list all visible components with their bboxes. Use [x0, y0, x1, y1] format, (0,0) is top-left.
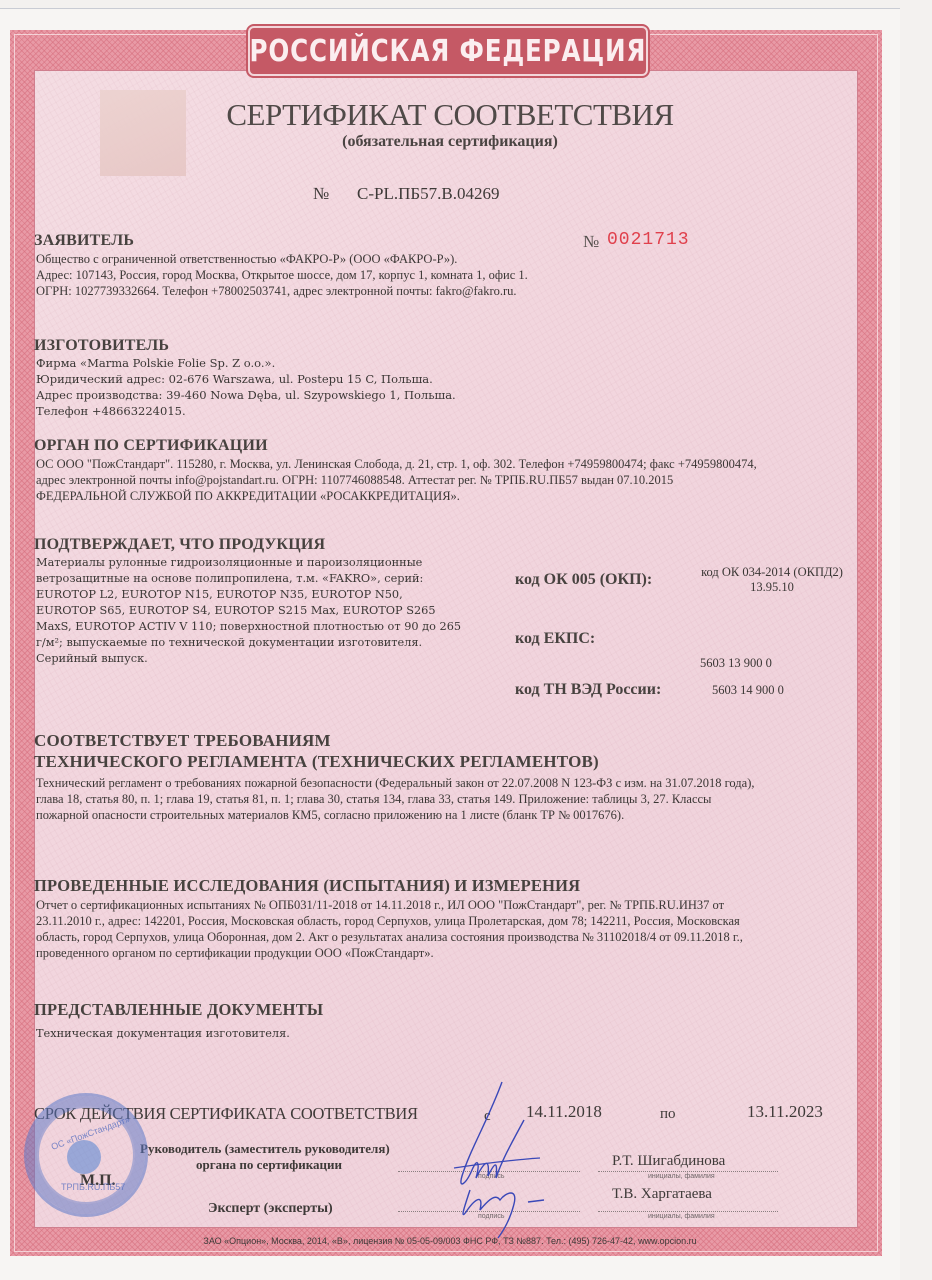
- manufacturer-section: ИЗГОТОВИТЕЛЬ Фирма «Marma Polskie Folie …: [34, 337, 456, 419]
- applicant-line: ОГРН: 1027739332664. Телефон +7800250374…: [36, 283, 528, 299]
- blank-number: 0021713: [607, 230, 690, 250]
- code-ekps-label: код ЕКПС:: [515, 630, 595, 648]
- tests-line: Отчет о сертификационных испытаниях № ОП…: [36, 897, 743, 913]
- manufacturer-line: Адрес производства: 39-460 Nowa Dęba, ul…: [36, 387, 456, 403]
- code-tnved-value: 5603 14 900 0: [712, 683, 784, 698]
- head-name: Р.Т. Шигабдинова: [612, 1153, 725, 1170]
- product-line: Серийный выпуск.: [36, 651, 461, 667]
- code-okp-value-line1: код ОК 034-2014 (ОКПД2): [672, 565, 872, 580]
- number-symbol: №: [313, 184, 329, 204]
- documents-heading: ПРЕДСТАВЛЕННЫЕ ДОКУМЕНТЫ: [34, 1000, 323, 1020]
- blank-number-symbol: №: [583, 232, 599, 252]
- tests-line: 23.11.2010 г., адрес: 142201, Россия, Мо…: [36, 913, 743, 929]
- country-banner-text: РОССИЙСКАЯ ФЕДЕРАЦИЯ: [250, 34, 647, 69]
- tests-line: проведенного органом по сертификации про…: [36, 945, 743, 961]
- product-line: MaxS, EUROTOP ACTIV V 110; поверхностной…: [36, 619, 461, 635]
- expert-name-line: [598, 1211, 778, 1212]
- expert-name-caption: инициалы, фамилия: [648, 1213, 715, 1220]
- product-line: EUROTOP L2, EUROTOP N15, EUROTOP N35, EU…: [36, 587, 461, 603]
- handwritten-signatures: [440, 1080, 570, 1240]
- head-label-line2: органа по сертификации: [196, 1157, 342, 1173]
- documents-text: Техническая документация изготовителя.: [36, 1026, 323, 1042]
- stamp-emblem: [67, 1140, 101, 1174]
- tests-line: область, город Серпухов, улица Оборонная…: [36, 929, 743, 945]
- code-okp-value-line2: 13.95.10: [672, 580, 872, 595]
- head-name-line: [598, 1171, 778, 1172]
- applicant-line: Общество с ограниченной ответственностью…: [36, 251, 528, 267]
- requirements-heading-line2: ТЕХНИЧЕСКОГО РЕГЛАМЕНТА (ТЕХНИЧЕСКИХ РЕГ…: [34, 752, 755, 772]
- tests-heading: ПРОВЕДЕННЫЕ ИССЛЕДОВАНИЯ (ИСПЫТАНИЯ) И И…: [34, 876, 743, 896]
- requirements-section: СООТВЕТСТВУЕТ ТРЕБОВАНИЯМ ТЕХНИЧЕСКОГО Р…: [34, 731, 755, 823]
- head-label-line1: Руководитель (заместитель руководителя): [140, 1141, 390, 1157]
- product-line: г/м²; выпускаемые по технической докумен…: [36, 635, 461, 651]
- certificate-subtitle: (обязательная сертификация): [0, 133, 900, 151]
- applicant-heading: ЗАЯВИТЕЛЬ: [34, 232, 528, 250]
- certification-body-line: ФЕДЕРАЛЬНОЙ СЛУЖБОЙ ПО АККРЕДИТАЦИИ «РОС…: [36, 488, 757, 504]
- product-section: ПОДТВЕРЖДАЕТ, ЧТО ПРОДУКЦИЯ Материалы ру…: [34, 536, 461, 667]
- manufacturer-heading: ИЗГОТОВИТЕЛЬ: [34, 337, 456, 355]
- product-line: Материалы рулонные гидроизоляционные и п…: [36, 555, 461, 571]
- validity-to-label: по: [660, 1106, 676, 1123]
- applicant-line: Адрес: 107143, Россия, город Москва, Отк…: [36, 267, 528, 283]
- manufacturer-line: Фирма «Marma Polskie Folie Sp. Z o.o.».: [36, 355, 456, 371]
- code-tnved-label: код ТН ВЭД России:: [515, 681, 661, 699]
- official-seal-stamp: ОС «ПожСтандарт» ТРПБ.RU.ПБ57: [24, 1093, 148, 1217]
- documents-section: ПРЕДСТАВЛЕННЫЕ ДОКУМЕНТЫ Техническая док…: [34, 1000, 323, 1042]
- expert-name: Т.В. Харгатаева: [612, 1186, 712, 1203]
- head-name-caption: инициалы, фамилия: [648, 1173, 715, 1180]
- requirements-line: Технический регламент о требованиях пожа…: [36, 775, 755, 791]
- code-ekps-value: 5603 13 900 0: [700, 656, 772, 671]
- requirements-line: глава 18, статья 80, п. 1; глава 19, ста…: [36, 791, 755, 807]
- manufacturer-line: Телефон +48663224015.: [36, 403, 456, 419]
- applicant-section: ЗАЯВИТЕЛЬ Общество с ограниченной ответс…: [34, 232, 528, 299]
- certification-body-heading: ОРГАН ПО СЕРТИФИКАЦИИ: [34, 437, 757, 455]
- stamp-bottom-text: ТРПБ.RU.ПБ57: [61, 1182, 125, 1192]
- code-okp-label: код ОК 005 (ОКП):: [515, 571, 652, 589]
- code-okp-value: код ОК 034-2014 (ОКПД2) 13.95.10: [672, 565, 872, 595]
- tests-section: ПРОВЕДЕННЫЕ ИССЛЕДОВАНИЯ (ИСПЫТАНИЯ) И И…: [34, 876, 743, 961]
- product-heading: ПОДТВЕРЖДАЕТ, ЧТО ПРОДУКЦИЯ: [34, 536, 461, 554]
- manufacturer-line: Юридический адрес: 02-676 Warszawa, ul. …: [36, 371, 456, 387]
- product-line: EUROTOP S65, EUROTOP S4, EUROTOP S215 Ma…: [36, 603, 461, 619]
- certificate-number: C-PL.ПБ57.В.04269: [357, 184, 499, 204]
- certificate-title: СЕРТИФИКАТ СООТВЕТСТВИЯ: [0, 97, 900, 133]
- certification-body-line: адрес электронной почты info@pojstandart…: [36, 472, 757, 488]
- product-line: ветрозащитные на основе полипропилена, т…: [36, 571, 461, 587]
- expert-label: Эксперт (эксперты): [208, 1201, 333, 1217]
- certification-body-section: ОРГАН ПО СЕРТИФИКАЦИИ ОС ООО "ПожСтандар…: [34, 437, 757, 504]
- requirements-line: пожарной опасности строительных материал…: [36, 807, 755, 823]
- country-banner: РОССИЙСКАЯ ФЕДЕРАЦИЯ: [248, 26, 648, 76]
- validity-to-date: 13.11.2023: [747, 1102, 823, 1122]
- certification-body-line: ОС ООО "ПожСтандарт". 115280, г. Москва,…: [36, 456, 757, 472]
- requirements-heading-line1: СООТВЕТСТВУЕТ ТРЕБОВАНИЯМ: [34, 731, 755, 751]
